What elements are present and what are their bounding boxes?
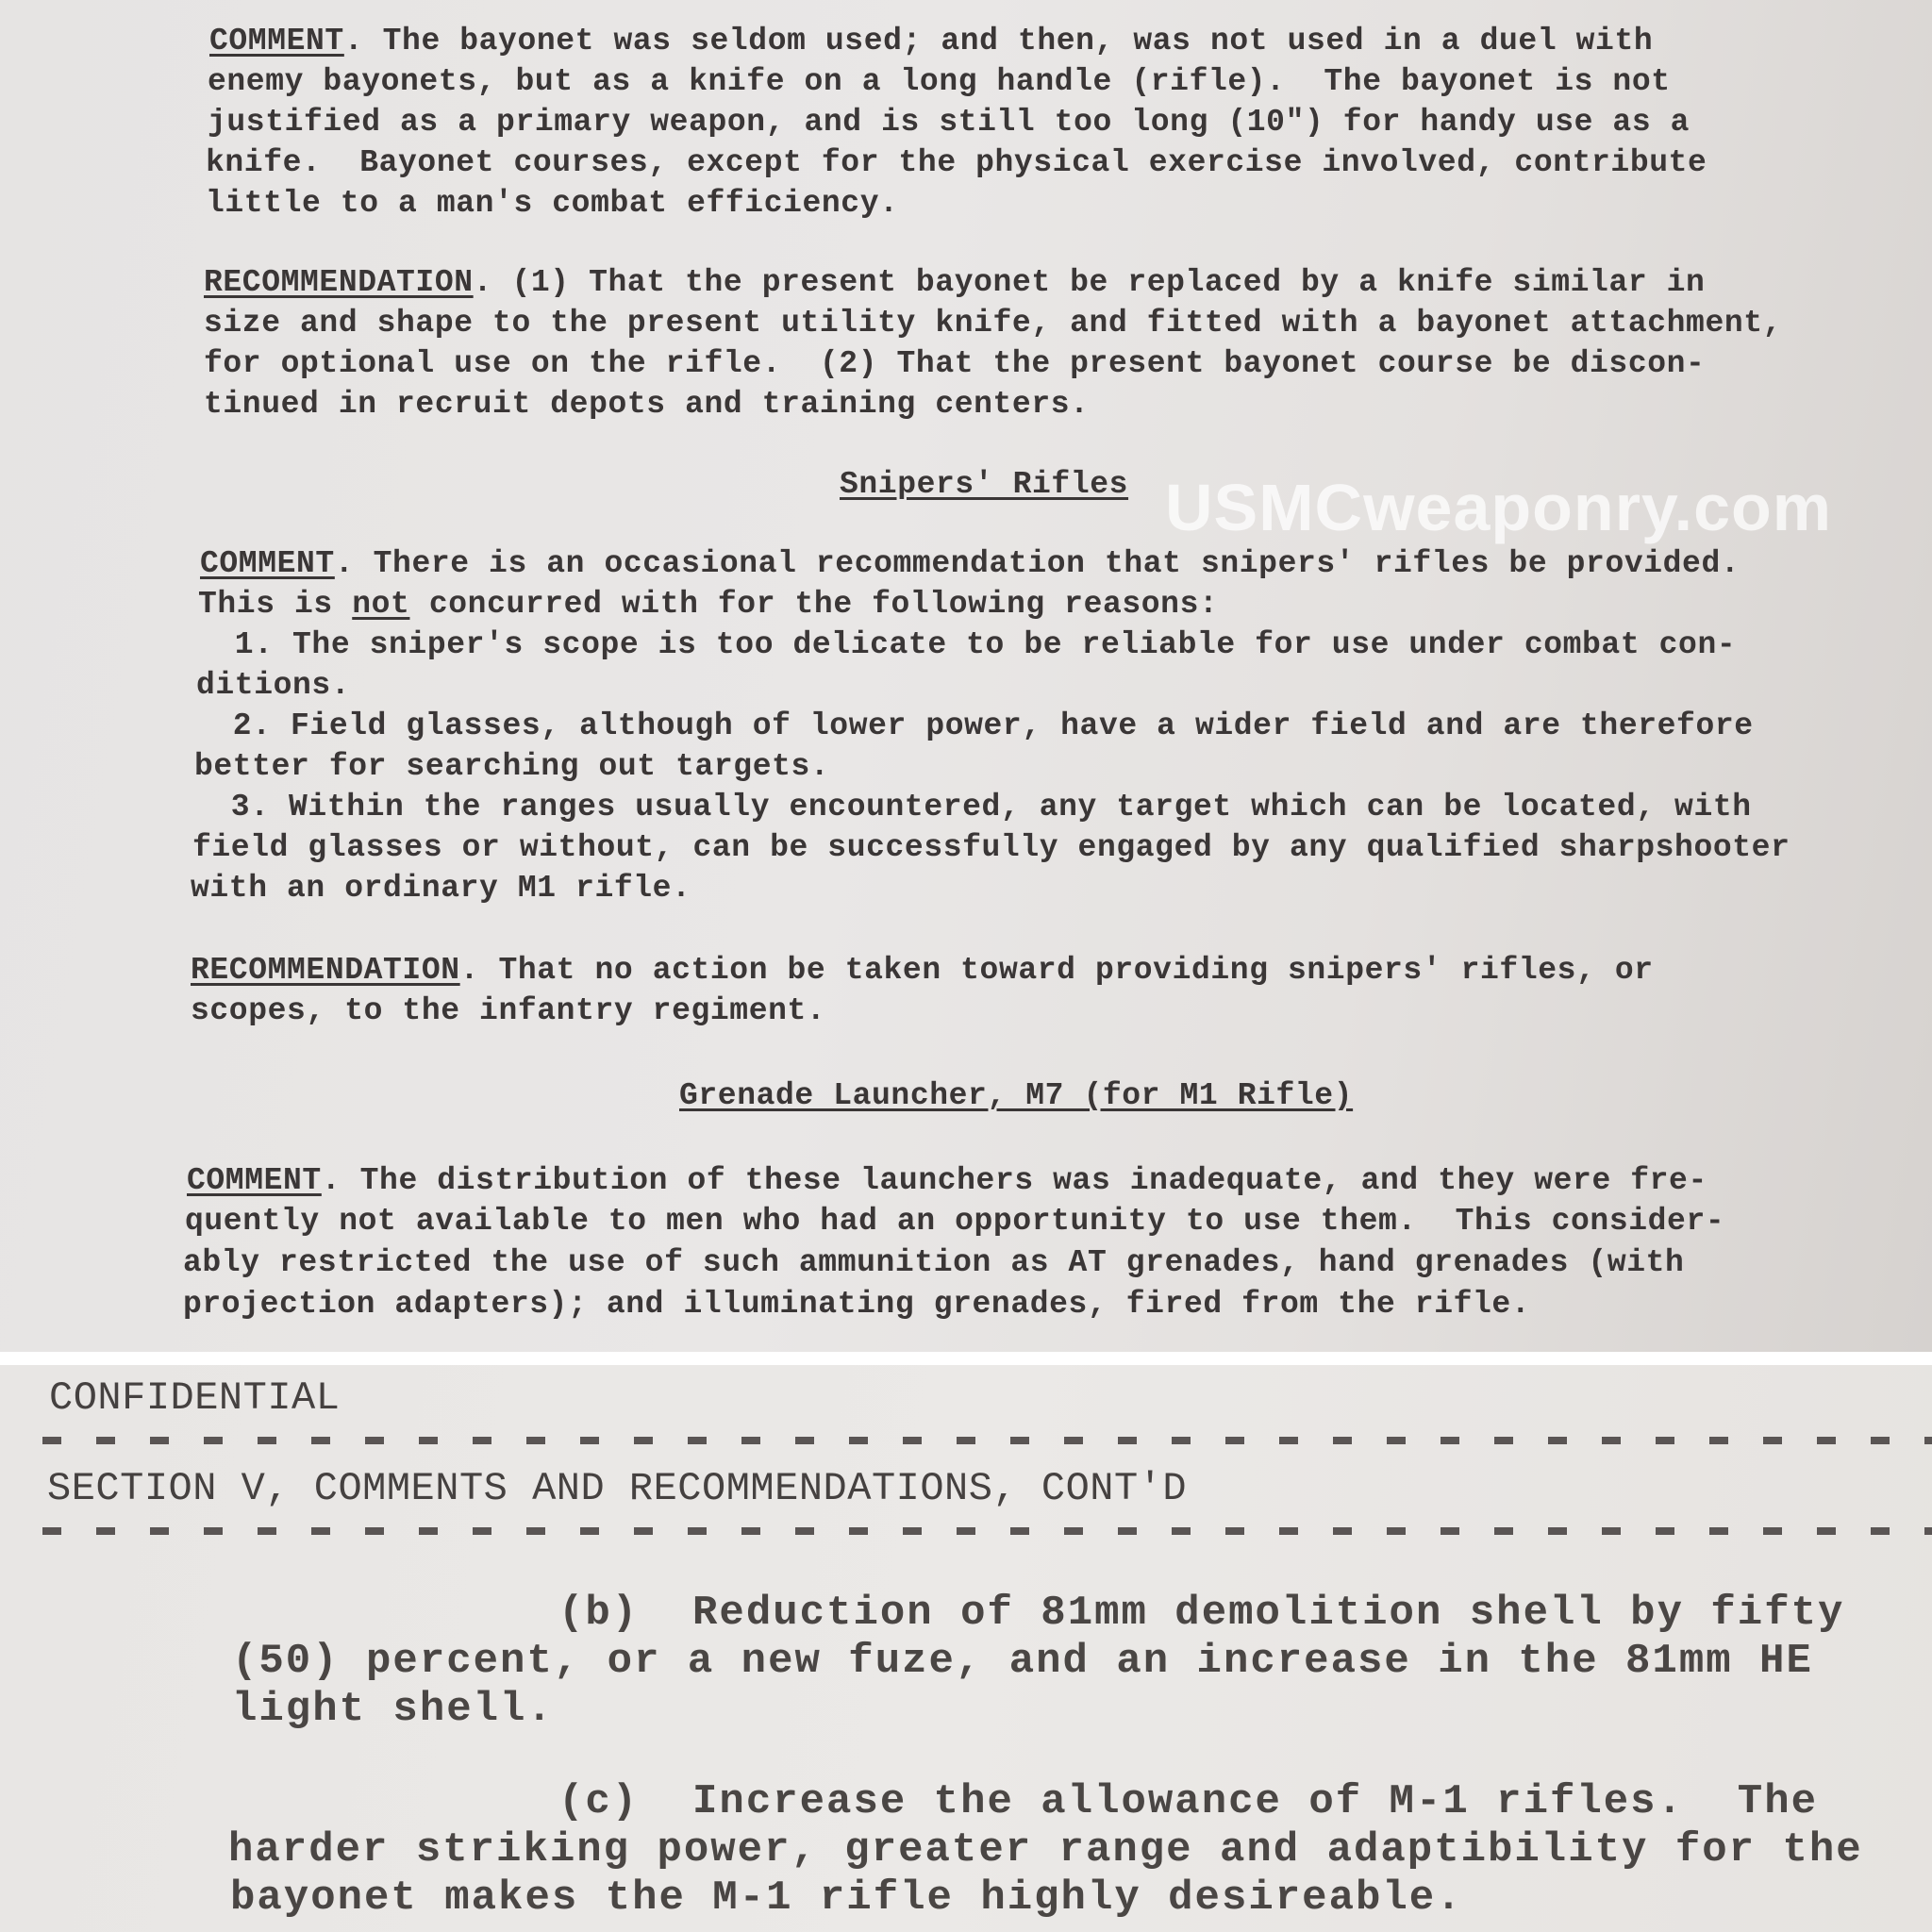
text-line: projection adapters); and illuminating g… (183, 1284, 1530, 1324)
reason-1-line: 1. The sniper's scope is too delicate to… (196, 625, 1736, 665)
text-line: quently not available to men who had an … (185, 1201, 1724, 1241)
text-line: justified as a primary weapon, and is st… (208, 102, 1690, 142)
comment-label: COMMENT (200, 546, 335, 581)
item-c-first-line: (c) Increase the allowance of M-1 rifles… (558, 1778, 1818, 1826)
reason-1-cont: ditions. (196, 665, 350, 706)
dashed-divider-bottom (42, 1527, 1932, 1535)
text-line: ably restricted the use of such ammuniti… (183, 1242, 1684, 1283)
grenade-launcher-heading: Grenade Launcher, M7 (for M1 Rifle) (679, 1075, 1353, 1116)
snipers-recommendation-line-1: RECOMMENDATION. That no action be taken … (191, 950, 1654, 991)
text-line: bayonet makes the M-1 rifle highly desir… (230, 1874, 1463, 1923)
comment-label: COMMENT (187, 1163, 322, 1198)
text-line: (50) percent, or a new fuze, and an incr… (232, 1638, 1813, 1686)
grenade-comment-line-1: COMMENT. The distribution of these launc… (187, 1160, 1707, 1201)
reason-3-cont: field glasses or without, can be success… (192, 827, 1790, 868)
bayonet-comment-line-1: COMMENT. The bayonet was seldom used; an… (209, 21, 1653, 61)
section-title: SECTION V, COMMENTS AND RECOMMENDATIONS,… (47, 1465, 1187, 1512)
document-photo-bottom: CONFIDENTIAL SECTION V, COMMENTS AND REC… (0, 1365, 1932, 1932)
text-line: for optional use on the rifle. (2) That … (204, 343, 1705, 384)
snipers-rifles-heading: Snipers' Rifles (840, 464, 1128, 505)
document-photo-top: COMMENT. The bayonet was seldom used; an… (0, 0, 1932, 1352)
text-line: size and shape to the present utility kn… (204, 303, 1782, 343)
text-line: harder striking power, greater range and… (228, 1826, 1863, 1874)
text-line: knife. Bayonet courses, except for the p… (206, 142, 1707, 183)
item-b-first-line: (b) Reduction of 81mm demolition shell b… (558, 1590, 1844, 1638)
reason-3-line: 3. Within the ranges usually encountered… (192, 787, 1752, 827)
item-c-marker: (c) (558, 1778, 639, 1825)
comment-label: COMMENT (209, 24, 344, 58)
item-b-marker: (b) (558, 1590, 639, 1637)
reason-3-end: with an ordinary M1 rifle. (191, 868, 691, 908)
recommendation-label: RECOMMENDATION (191, 953, 460, 988)
snipers-comment-line-2: This is not concurred with for the follo… (198, 584, 1218, 625)
text-line: scopes, to the infantry regiment. (191, 991, 825, 1031)
snipers-comment-line-1: COMMENT. There is an occasional recommen… (200, 543, 1740, 584)
text-line: enemy bayonets, but as a knife on a long… (208, 61, 1671, 102)
text-line: light shell. (232, 1686, 554, 1734)
reason-2-cont: better for searching out targets. (194, 746, 829, 787)
watermark: USMCweaponry.com (1165, 470, 1832, 545)
recommendation-label: RECOMMENDATION (204, 265, 474, 300)
dashed-divider-top (42, 1437, 1932, 1444)
classification-marking: CONFIDENTIAL (49, 1374, 340, 1422)
emphasis-not: not (352, 587, 409, 622)
text-line: tinued in recruit depots and training ce… (204, 384, 1090, 425)
text-line: little to a man's combat efficiency. (206, 183, 899, 224)
reason-2-line: 2. Field glasses, although of lower powe… (194, 706, 1754, 746)
bayonet-recommendation-line-1: RECOMMENDATION. (1) That the present bay… (204, 262, 1705, 303)
